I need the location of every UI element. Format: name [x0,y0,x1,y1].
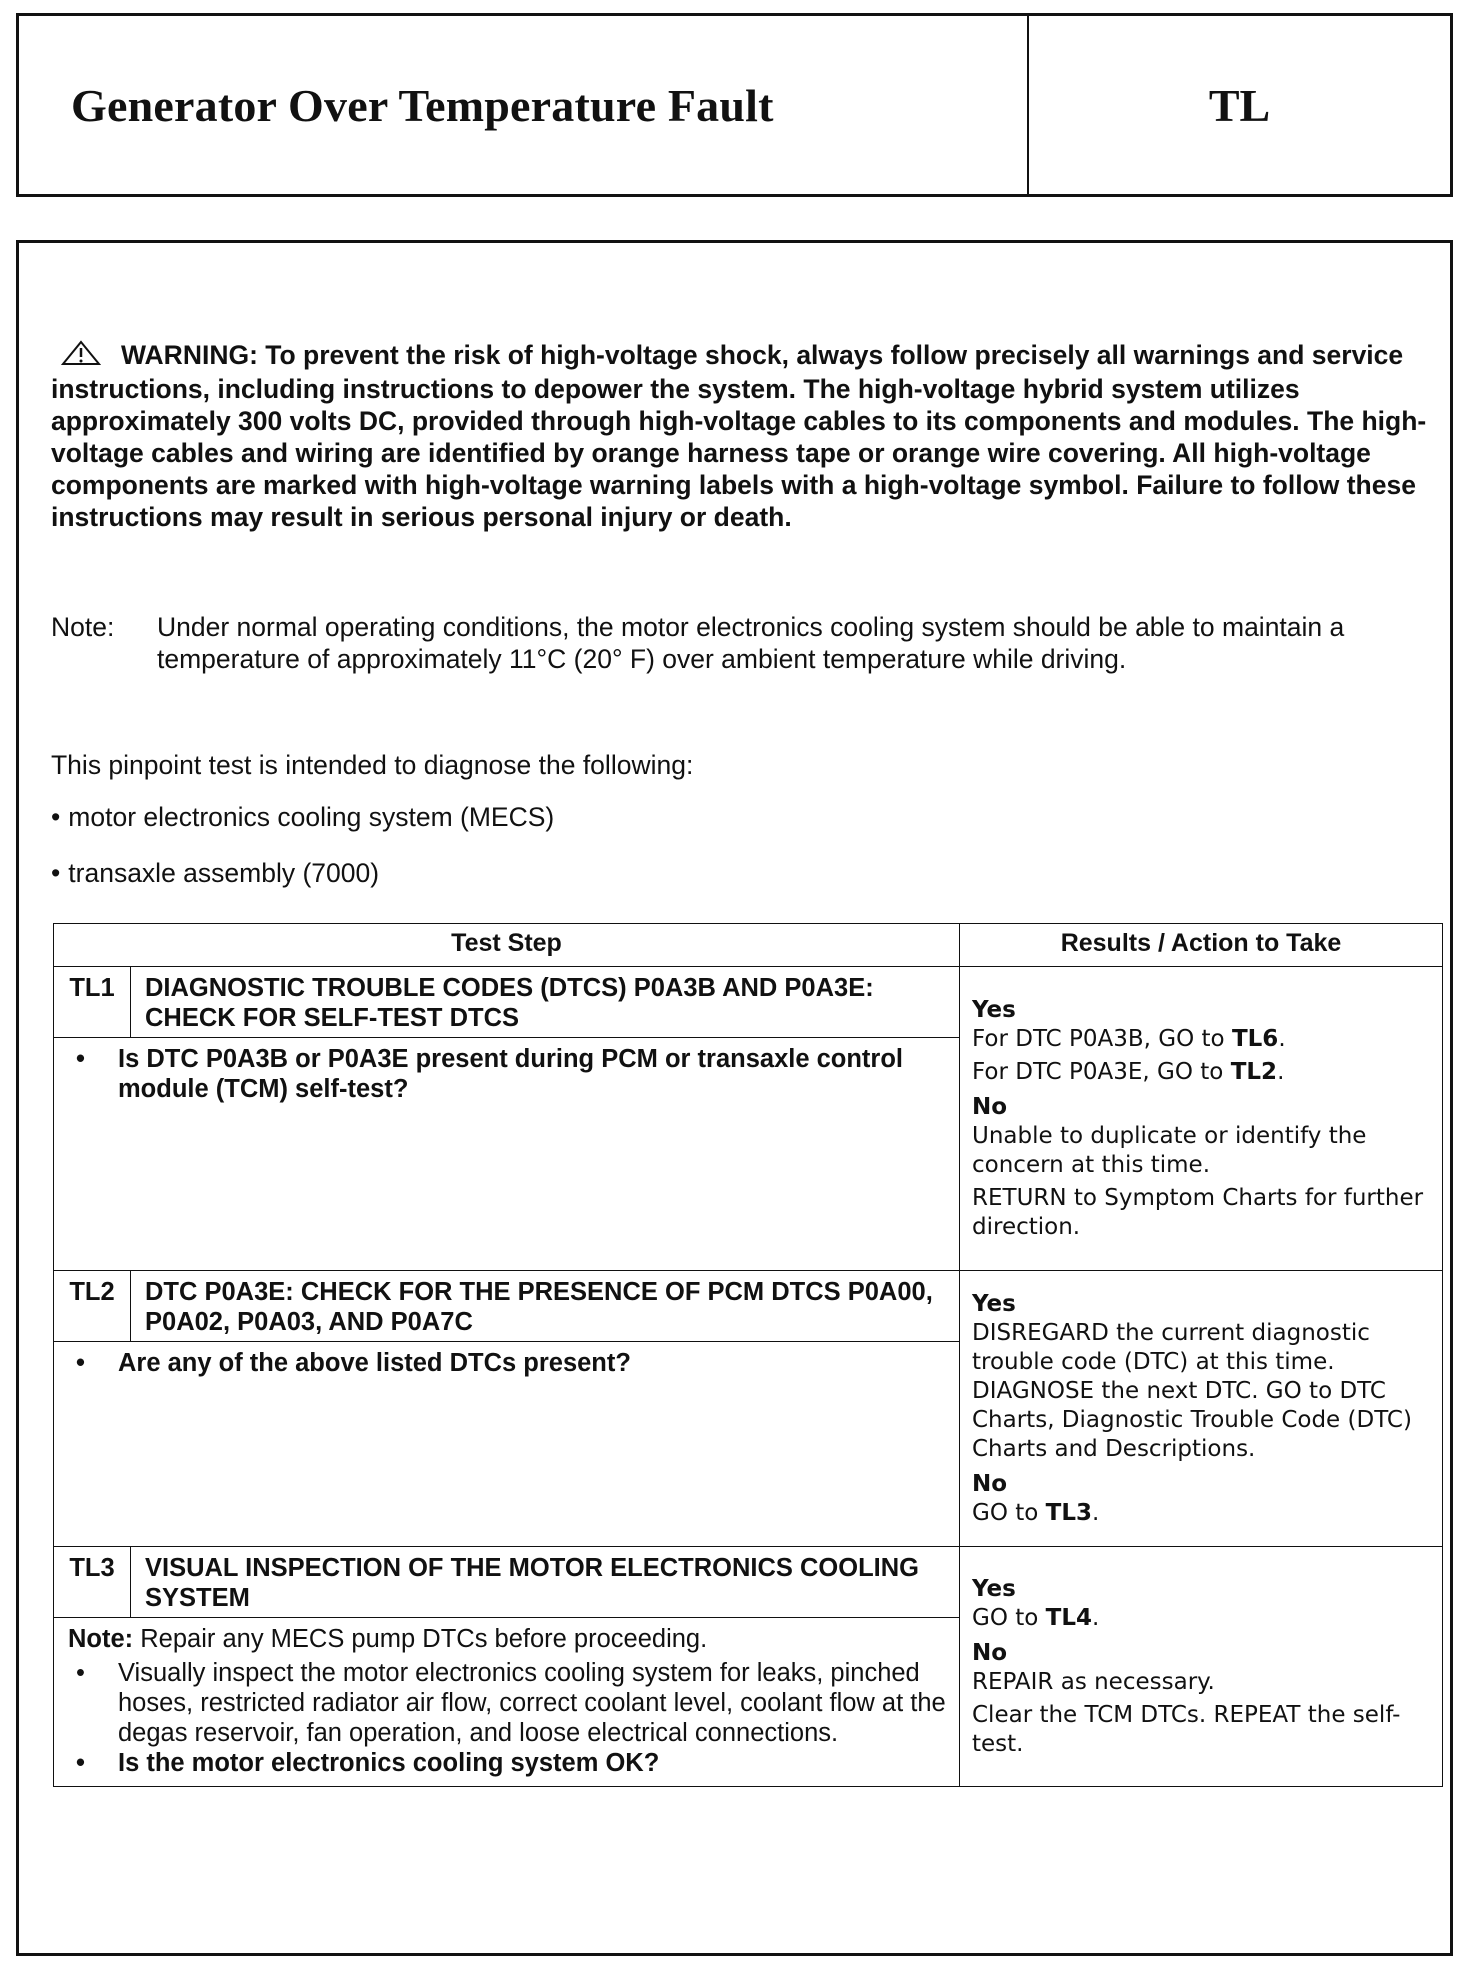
warning-block: WARNING: To prevent the risk of high-vol… [51,339,1441,533]
result-line: REPAIR as necessary. [972,1668,1434,1697]
no-label: No [972,1470,1434,1499]
step-title: DIAGNOSTIC TROUBLE CODES (DTCS) P0A3B AN… [131,967,960,1038]
content-panel: WARNING: To prevent the risk of high-vol… [16,240,1453,1956]
column-header-test-step: Test Step [54,924,960,967]
yes-label: Yes [972,1575,1434,1604]
warning-text: WARNING: To prevent the risk of high-vol… [51,340,1426,532]
step-question: •Are any of the above listed DTCs presen… [68,1348,951,1378]
step-results: Yes DISREGARD the current diagnostic tro… [960,1271,1443,1547]
no-label: No [972,1093,1434,1122]
step-question: •Is DTC P0A3B or P0A3E present during PC… [68,1044,951,1104]
no-label: No [972,1639,1434,1668]
table-row: TL1 DIAGNOSTIC TROUBLE CODES (DTCS) P0A3… [54,967,1443,1038]
result-line: For DTC P0A3E, GO to TL2. [972,1058,1434,1087]
note-block: Note: Under normal operating conditions,… [51,611,1441,675]
step-title: VISUAL INSPECTION OF THE MOTOR ELECTRONI… [131,1547,960,1618]
column-header-results: Results / Action to Take [960,924,1443,967]
table-header-row: Test Step Results / Action to Take [54,924,1443,967]
yes-label: Yes [972,996,1434,1025]
yes-label: Yes [972,1290,1434,1319]
step-question: •Is the motor electronics cooling system… [68,1748,951,1778]
result-line: GO to TL3. [972,1499,1434,1528]
table-row: TL2 DTC P0A3E: CHECK FOR THE PRESENCE OF… [54,1271,1443,1342]
note-label: Note: [51,611,157,675]
result-line: GO to TL4. [972,1604,1434,1633]
result-line: Unable to duplicate or identify the conc… [972,1122,1434,1180]
intro-text: This pinpoint test is intended to diagno… [51,749,693,781]
result-line: DISREGARD the current diagnostic trouble… [972,1319,1434,1464]
header-code-cell: TL [1029,16,1450,194]
result-line: RETURN to Symptom Charts for further dir… [972,1184,1434,1242]
step-id: TL3 [54,1547,131,1618]
page-header: Generator Over Temperature Fault TL [16,13,1453,197]
header-title-cell: Generator Over Temperature Fault [19,16,1029,194]
step-link[interactable]: TL3 [1046,1500,1092,1526]
step-id: TL2 [54,1271,131,1342]
diagnose-list: •motor electronics cooling system (MECS)… [51,801,554,913]
warning-triangle-icon [61,340,101,373]
result-line: For DTC P0A3B, GO to TL6. [972,1025,1434,1054]
step-link[interactable]: TL2 [1231,1059,1277,1085]
step-results: Yes For DTC P0A3B, GO to TL6. For DTC P0… [960,967,1443,1271]
table-row: TL3 VISUAL INSPECTION OF THE MOTOR ELECT… [54,1547,1443,1618]
step-body: Note: Repair any MECS pump DTCs before p… [54,1618,960,1787]
step-body: •Are any of the above listed DTCs presen… [54,1342,960,1547]
page-title: Generator Over Temperature Fault [71,79,774,132]
pinpoint-test-table: Test Step Results / Action to Take TL1 D… [53,923,1443,1787]
step-id: TL1 [54,967,131,1038]
step-body: •Is DTC P0A3B or P0A3E present during PC… [54,1038,960,1271]
step-link[interactable]: TL4 [1046,1605,1092,1631]
result-line: Clear the TCM DTCs. REPEAT the self-test… [972,1701,1434,1759]
step-note: Note: Repair any MECS pump DTCs before p… [68,1624,951,1654]
step-link[interactable]: TL6 [1232,1026,1278,1052]
list-item: •transaxle assembly (7000) [51,857,554,889]
test-code: TL [1209,79,1270,132]
step-instruction: •Visually inspect the motor electronics … [68,1658,951,1748]
list-item: •motor electronics cooling system (MECS) [51,801,554,833]
note-text: Under normal operating conditions, the m… [157,611,1441,675]
step-title: DTC P0A3E: CHECK FOR THE PRESENCE OF PCM… [131,1271,960,1342]
step-results: Yes GO to TL4. No REPAIR as necessary. C… [960,1547,1443,1787]
